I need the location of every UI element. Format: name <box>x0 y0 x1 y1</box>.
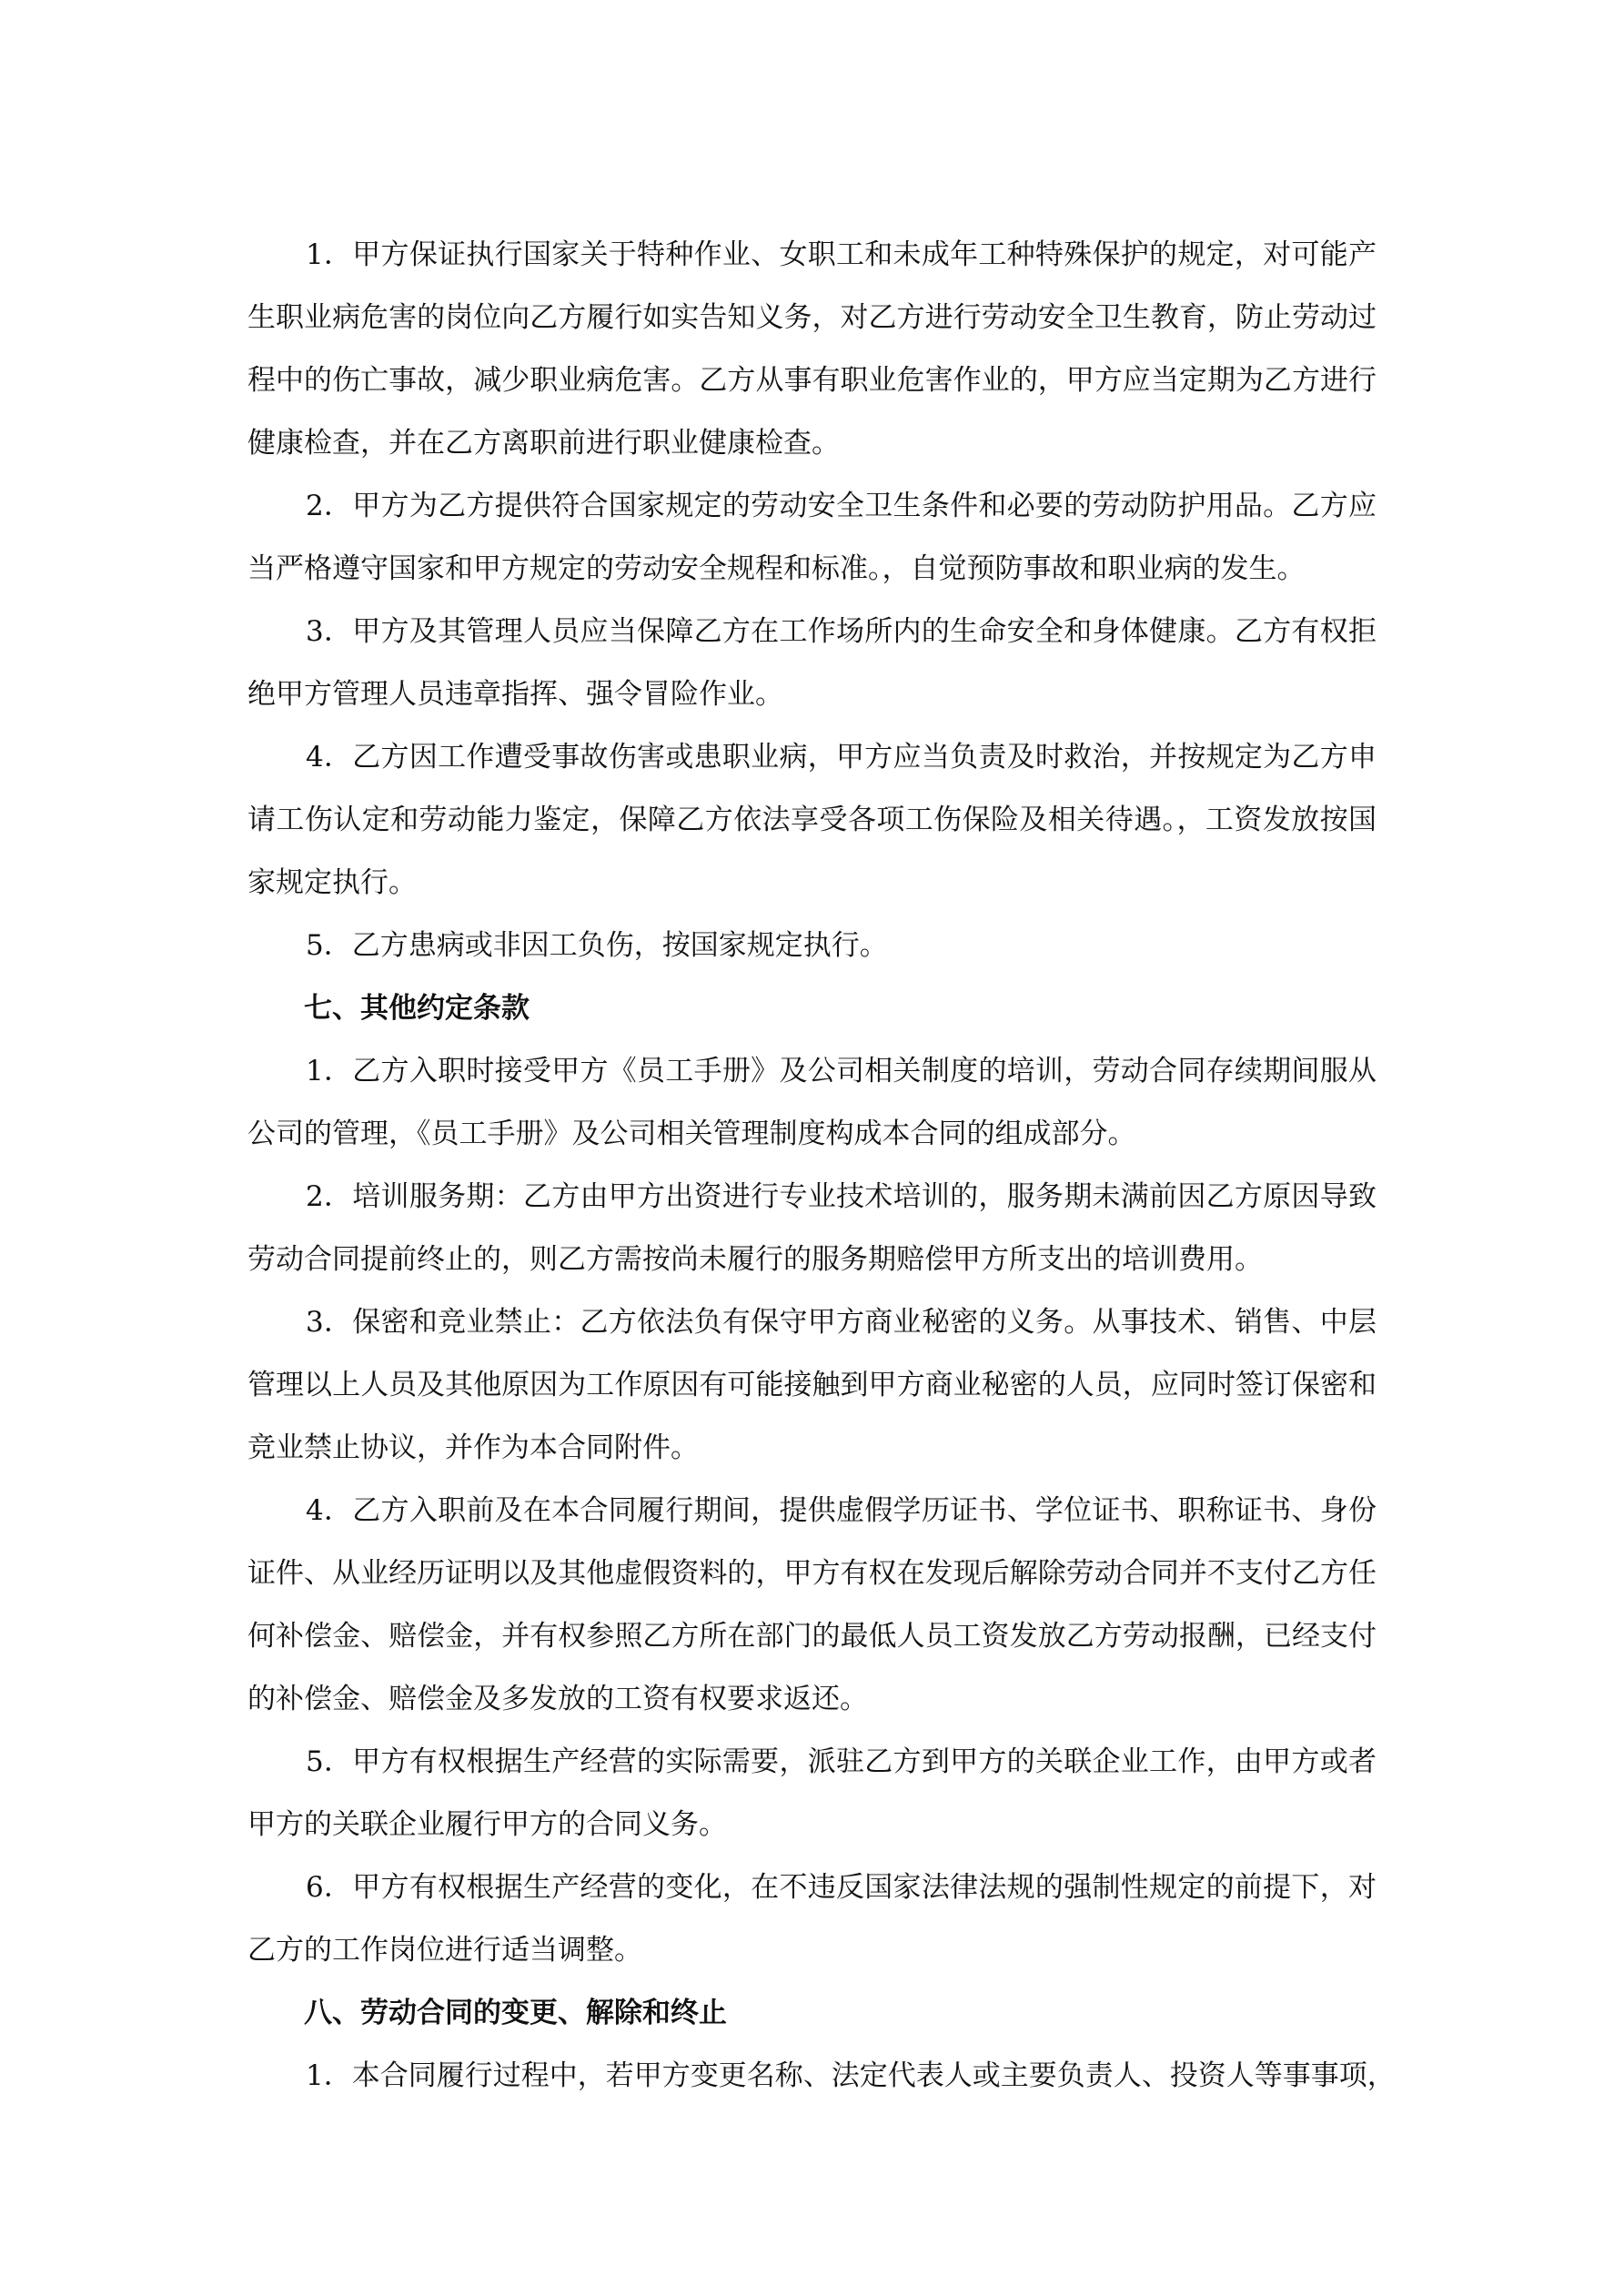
text-line: 1．本合同履行过程中，若甲方变更名称、法定代表人或主要负责人、投资人等事事项， <box>247 2045 1377 2108</box>
clause-7-6: 6．甲方有权根据生产经营的变化，在不违反国家法律法规的强制性规定的前提下，对 乙… <box>247 1856 1377 1982</box>
text-line: 4．乙方因工作遭受事故伤害或患职业病，甲方应当负责及时救治，并按规定为乙方申 <box>247 726 1377 789</box>
clause-6-1: 1．甲方保证执行国家关于特种作业、女职工和未成年工种特殊保护的规定，对可能产 生… <box>247 224 1377 475</box>
text-line: 何补偿金、赔偿金，并有权参照乙方所在部门的最低人员工资发放乙方劳动报酬，已经支付 <box>247 1605 1377 1668</box>
text-line: 家规定执行。 <box>247 852 1377 915</box>
text-line: 劳动合同提前终止的，则乙方需按尚未履行的服务期赔偿甲方所支出的培训费用。 <box>247 1229 1377 1291</box>
text-line: 1．甲方保证执行国家关于特种作业、女职工和未成年工种特殊保护的规定，对可能产 <box>247 224 1377 287</box>
text-line: 的补偿金、赔偿金及多发放的工资有权要求返还。 <box>247 1668 1377 1731</box>
text-line: 3．保密和竞业禁止：乙方依法负有保守甲方商业秘密的义务。从事技术、销售、中层 <box>247 1291 1377 1354</box>
clause-8-1: 1．本合同履行过程中，若甲方变更名称、法定代表人或主要负责人、投资人等事事项， <box>247 2045 1377 2108</box>
clause-6-2: 2．甲方为乙方提供符合国家规定的劳动安全卫生条件和必要的劳动防护用品。乙方应 当… <box>247 475 1377 601</box>
text-line: 4．乙方入职前及在本合同履行期间，提供虚假学历证书、学位证书、职称证书、身份 <box>247 1480 1377 1542</box>
text-line: 6．甲方有权根据生产经营的变化，在不违反国家法律法规的强制性规定的前提下，对 <box>247 1856 1377 1919</box>
text-line: 竞业禁止协议，并作为本合同附件。 <box>247 1417 1377 1480</box>
text-line: 5．乙方患病或非因工负伤，按国家规定执行。 <box>247 915 1377 977</box>
text-line: 乙方的工作岗位进行适当调整。 <box>247 1919 1377 1982</box>
section-7-heading: 七、其他约定条款 <box>247 977 1377 1040</box>
clause-7-5: 5．甲方有权根据生产经营的实际需要，派驻乙方到甲方的关联企业工作，由甲方或者 甲… <box>247 1731 1377 1856</box>
text-line: 2．培训服务期：乙方由甲方出资进行专业技术培训的，服务期未满前因乙方原因导致 <box>247 1166 1377 1229</box>
text-line: 管理以上人员及其他原因为工作原因有可能接触到甲方商业秘密的人员，应同时签订保密和 <box>247 1354 1377 1417</box>
text-line: 证件、从业经历证明以及其他虚假资料的，甲方有权在发现后解除劳动合同并不支付乙方任 <box>247 1542 1377 1605</box>
clause-7-3: 3．保密和竞业禁止：乙方依法负有保守甲方商业秘密的义务。从事技术、销售、中层 管… <box>247 1291 1377 1480</box>
text-line: 当严格遵守国家和甲方规定的劳动安全规程和标准。，自觉预防事故和职业病的发生。 <box>247 538 1377 601</box>
text-line: 生职业病危害的岗位向乙方履行如实告知义务，对乙方进行劳动安全卫生教育，防止劳动过 <box>247 287 1377 349</box>
clause-7-2: 2．培训服务期：乙方由甲方出资进行专业技术培训的，服务期未满前因乙方原因导致 劳… <box>247 1166 1377 1291</box>
clause-6-4: 4．乙方因工作遭受事故伤害或患职业病，甲方应当负责及时救治，并按规定为乙方申 请… <box>247 726 1377 915</box>
text-line: 2．甲方为乙方提供符合国家规定的劳动安全卫生条件和必要的劳动防护用品。乙方应 <box>247 475 1377 538</box>
text-line: 健康检查，并在乙方离职前进行职业健康检查。 <box>247 412 1377 475</box>
text-line: 请工伤认定和劳动能力鉴定，保障乙方依法享受各项工伤保险及相关待遇。，工资发放按国 <box>247 789 1377 852</box>
text-line: 绝甲方管理人员违章指挥、强令冒险作业。 <box>247 663 1377 726</box>
text-line: 1．乙方入职时接受甲方《员工手册》及公司相关制度的培训，劳动合同存续期间服从 <box>247 1040 1377 1103</box>
clause-7-4: 4．乙方入职前及在本合同履行期间，提供虚假学历证书、学位证书、职称证书、身份 证… <box>247 1480 1377 1731</box>
document-page: 1．甲方保证执行国家关于特种作业、女职工和未成年工种特殊保护的规定，对可能产 生… <box>247 224 1377 2108</box>
text-line: 程中的伤亡事故，减少职业病危害。乙方从事有职业危害作业的，甲方应当定期为乙方进行 <box>247 349 1377 412</box>
clause-6-5: 5．乙方患病或非因工负伤，按国家规定执行。 <box>247 915 1377 977</box>
clause-7-1: 1．乙方入职时接受甲方《员工手册》及公司相关制度的培训，劳动合同存续期间服从 公… <box>247 1040 1377 1166</box>
text-line: 5．甲方有权根据生产经营的实际需要，派驻乙方到甲方的关联企业工作，由甲方或者 <box>247 1731 1377 1794</box>
section-8-heading: 八、劳动合同的变更、解除和终止 <box>247 1982 1377 2045</box>
text-line: 公司的管理，《员工手册》及公司相关管理制度构成本合同的组成部分。 <box>247 1103 1377 1166</box>
clause-6-3: 3．甲方及其管理人员应当保障乙方在工作场所内的生命安全和身体健康。乙方有权拒 绝… <box>247 601 1377 726</box>
text-line: 3．甲方及其管理人员应当保障乙方在工作场所内的生命安全和身体健康。乙方有权拒 <box>247 601 1377 663</box>
text-line: 甲方的关联企业履行甲方的合同义务。 <box>247 1794 1377 1856</box>
